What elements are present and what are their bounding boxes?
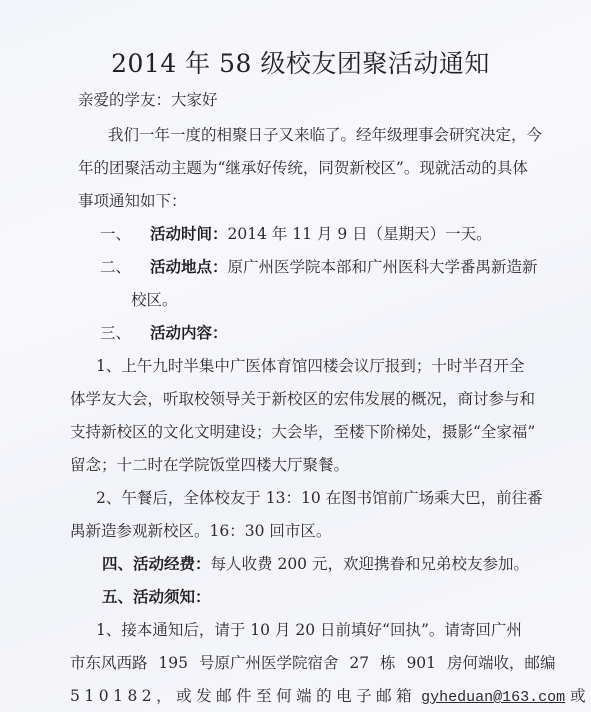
greeting: 亲爱的学友：大家好	[78, 90, 218, 110]
section-3-item-1-line-2: 体学友大会，听取校领导关于新校区的宏伟发展的概况，商讨参与和	[70, 389, 535, 409]
section-1-heading: 活动时间：	[150, 224, 228, 243]
section-3-item-2-line-2: 禺新造参观新校区。16：30 回市区。	[70, 521, 331, 541]
section-5-item-1-line-3: 510182，或发邮件至何端的电子邮箱 gyheduan@163.com 或	[70, 686, 586, 708]
section-1: 一、 活动时间：2014 年 11 月 9 日（星期天）一天。	[100, 224, 492, 244]
intro-line-1: 我们一年一度的相聚日子又来临了。经年级理事会研究决定，今	[108, 125, 542, 145]
section-4-number: 四、	[102, 554, 133, 573]
section-5-heading: 活动须知：	[133, 587, 211, 606]
section-3-item-2-line-1: 2、午餐后，全体校友于 13：10 在图书馆前广场乘大巴，前往番	[96, 488, 543, 508]
section-4-heading: 活动经费：	[133, 554, 211, 573]
section-5-item-1-line-2: 市东风西路 195 号原广州医学院宿舍 27 栋 901 房何端收，邮编	[70, 653, 555, 673]
intro-line-3: 事项通知如下：	[78, 191, 187, 211]
section-3-item-1-line-4: 留念；十二时在学院饭堂四楼大厅聚餐。	[70, 455, 349, 475]
section-2: 二、 活动地点：原广州医学院本部和广州医科大学番禺新造新	[100, 257, 537, 277]
contact-prefix: 510182，或发邮件至何端的电子邮箱	[70, 687, 416, 705]
email-link[interactable]: gyheduan@163.com	[421, 689, 565, 706]
document-title: 2014 年 58 级校友团聚活动通知	[0, 44, 591, 80]
section-5: 五、活动须知：	[102, 587, 211, 607]
intro-line-2: 年的团聚活动主题为“继承好传统，同贺新校区”。现就活动的具体	[78, 158, 528, 178]
section-2-continuation: 校区。	[131, 290, 178, 310]
scanned-notice-page: 2014 年 58 级校友团聚活动通知 亲爱的学友：大家好 我们一年一度的相聚日…	[0, 0, 591, 712]
section-3: 三、 活动内容：	[100, 323, 227, 343]
section-3-heading: 活动内容：	[150, 323, 228, 342]
section-1-text: 2014 年 11 月 9 日（星期天）一天。	[227, 225, 491, 243]
section-1-number: 一、	[100, 225, 131, 243]
section-2-text: 原广州医学院本部和广州医科大学番禺新造新	[227, 258, 537, 276]
section-5-number: 五、	[102, 587, 133, 606]
section-3-number: 三、	[100, 324, 131, 342]
section-3-item-1-line-1: 1、上午九时半集中广医体育馆四楼会议厅报到；十时半召开全	[96, 356, 524, 376]
section-3-item-1-line-3: 支持新校区的文化文明建设；大会毕，至楼下阶梯处，摄影“全家福”	[70, 422, 535, 442]
section-2-heading: 活动地点：	[150, 257, 228, 276]
section-5-item-1-line-1: 1、接本通知后，请于 10 月 20 日前填好“回执”。请寄回广州	[96, 620, 522, 640]
contact-suffix: 或	[570, 687, 586, 705]
section-4-text: 每人收费 200 元，欢迎携眷和兄弟校友参加。	[211, 555, 529, 573]
section-4: 四、活动经费：每人收费 200 元，欢迎携眷和兄弟校友参加。	[102, 554, 529, 574]
section-2-number: 二、	[100, 258, 131, 276]
